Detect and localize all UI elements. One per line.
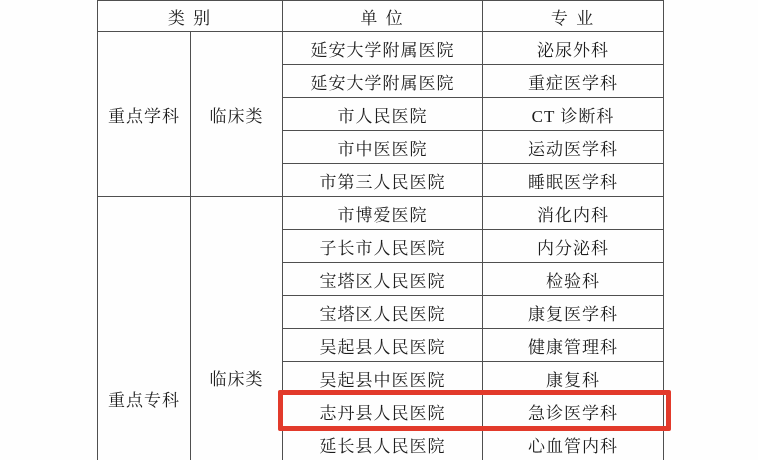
specialty-cell: 健康管理科 xyxy=(483,329,664,362)
unit-cell: 市第三人民医院 xyxy=(283,164,483,197)
specialty-cell: 康复医学科 xyxy=(483,296,664,329)
specialty-cell: 泌尿外科 xyxy=(483,32,664,65)
type-cell: 临床类 xyxy=(191,197,283,460)
category-label: 重点学科 xyxy=(108,107,180,126)
type-label: 临床类 xyxy=(210,107,264,126)
discipline-table: 类 别 单 位 专 业 重点学科 临床类 延安大学附属医院 泌尿外科 延安大学附… xyxy=(97,0,664,460)
table-row: 重点专科 临床类 市博爱医院 消化内科 xyxy=(98,197,664,230)
specialty-cell: 心血管内科 xyxy=(483,428,664,460)
unit-cell: 延安大学附属医院 xyxy=(283,65,483,98)
unit-cell: 宝塔区人民医院 xyxy=(283,263,483,296)
category-cell: 重点学科 xyxy=(98,32,191,197)
document-page: 类 别 单 位 专 业 重点学科 临床类 延安大学附属医院 泌尿外科 延安大学附… xyxy=(0,0,758,460)
specialty-cell: 检验科 xyxy=(483,263,664,296)
header-unit: 单 位 xyxy=(283,1,483,32)
specialty-cell: 急诊医学科 xyxy=(483,395,664,428)
category-label: 重点专科 xyxy=(108,386,180,411)
unit-cell: 吴起县中医医院 xyxy=(283,362,483,395)
table-header-row: 类 别 单 位 专 业 xyxy=(98,1,664,32)
specialty-cell: 运动医学科 xyxy=(483,131,664,164)
specialty-cell: 睡眠医学科 xyxy=(483,164,664,197)
unit-cell: 志丹县人民医院 xyxy=(283,395,483,428)
specialty-cell: 康复科 xyxy=(483,362,664,395)
specialty-cell: 重症医学科 xyxy=(483,65,664,98)
table-row: 重点学科 临床类 延安大学附属医院 泌尿外科 xyxy=(98,32,664,65)
unit-cell: 市人民医院 xyxy=(283,98,483,131)
unit-cell: 延安大学附属医院 xyxy=(283,32,483,65)
type-label: 临床类 xyxy=(210,365,264,390)
specialty-cell: 消化内科 xyxy=(483,197,664,230)
unit-cell: 吴起县人民医院 xyxy=(283,329,483,362)
unit-cell: 市博爱医院 xyxy=(283,197,483,230)
specialty-cell: CT 诊断科 xyxy=(483,98,664,131)
header-specialty: 专 业 xyxy=(483,1,664,32)
specialty-cell: 内分泌科 xyxy=(483,230,664,263)
unit-cell: 延长县人民医院 xyxy=(283,428,483,460)
unit-cell: 市中医医院 xyxy=(283,131,483,164)
category-cell: 重点专科 xyxy=(98,197,191,460)
unit-cell: 宝塔区人民医院 xyxy=(283,296,483,329)
type-cell: 临床类 xyxy=(191,32,283,197)
unit-cell: 子长市人民医院 xyxy=(283,230,483,263)
header-category: 类 别 xyxy=(98,1,283,32)
